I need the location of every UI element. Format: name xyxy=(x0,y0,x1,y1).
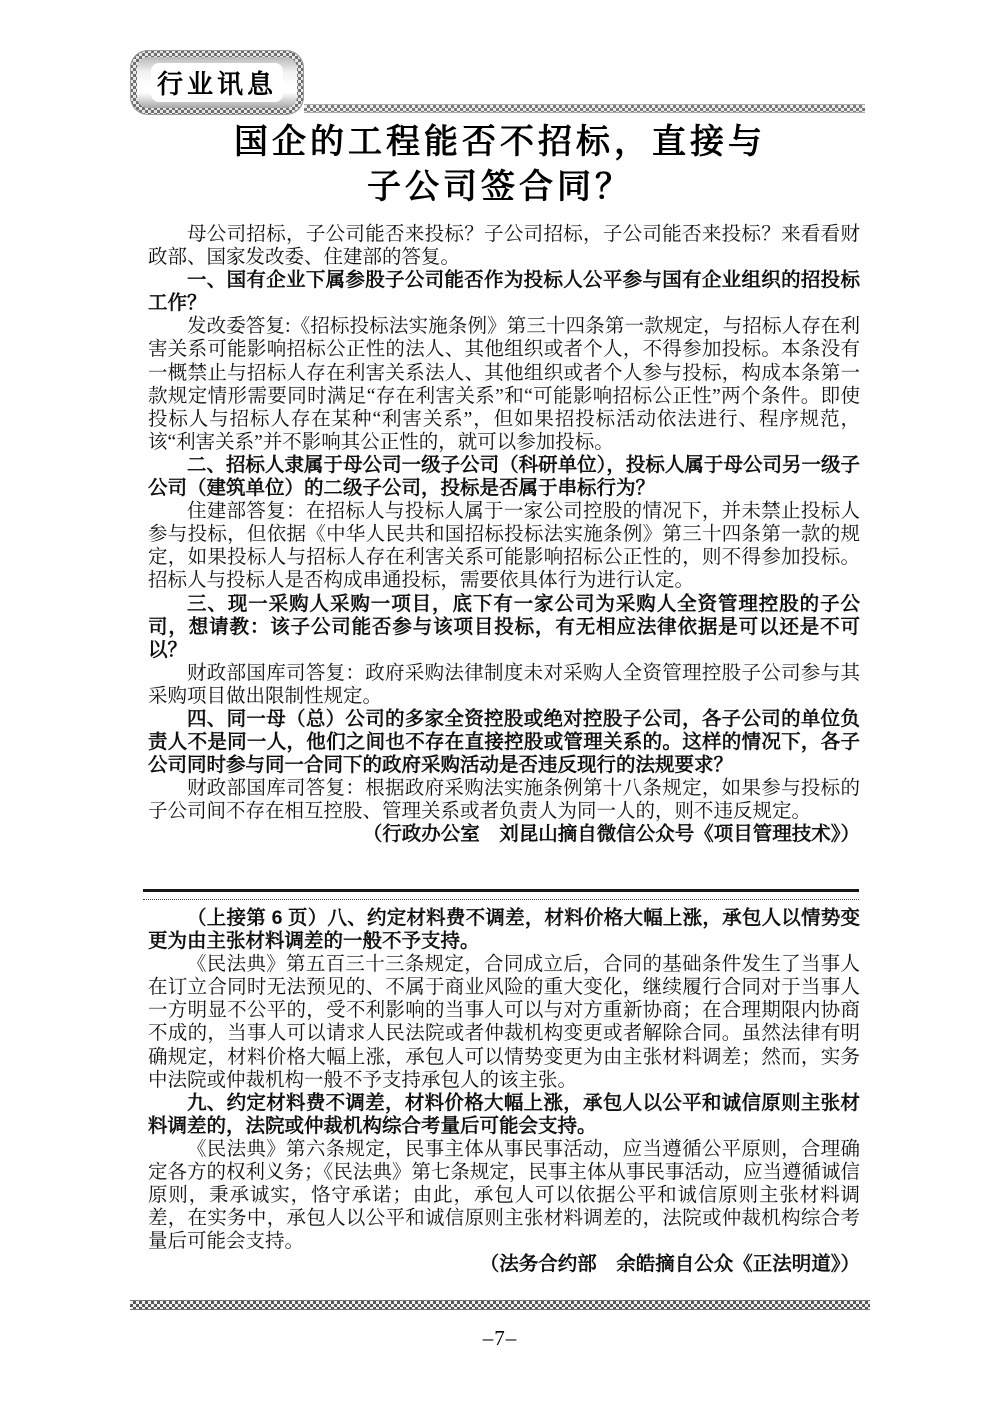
article1-paragraph-1: 母公司招标，子公司能否来投标？子公司招标，子公司能否来投标？来看看财政部、国家发… xyxy=(148,223,860,269)
footer-rule xyxy=(130,1300,870,1310)
article2-paragraph-1: （上接第 6 页）八、约定材料费不调差，材料价格大幅上涨，承包人以情势变更为由主… xyxy=(148,907,860,953)
article1-paragraph-4: 二、招标人隶属于母公司一级子公司（科研单位），投标人属于母公司另一级子公司（建筑… xyxy=(148,454,860,500)
article1-paragraph-8: 四、同一母（总）公司的多家全资控股或绝对控股子公司，各子公司的单位负责人不是同一… xyxy=(148,708,860,777)
article1-paragraph-2: 一、国有企业下属参股子公司能否作为投标人公平参与国有企业组织的招投标工作？ xyxy=(148,269,860,315)
document-page: 行业讯息 国企的工程能否不招标，直接与 子公司签合同？ 母公司招标，子公司能否来… xyxy=(0,0,1000,1414)
article1-paragraph-5: 住建部答复：在招标人与投标人属于一家公司控股的情况下，并未禁止投标人参与投标，但… xyxy=(148,500,860,592)
article2-body: （上接第 6 页）八、约定材料费不调差，材料价格大幅上涨，承包人以情势变更为由主… xyxy=(148,907,860,1277)
article1-paragraph-9: 财政部国库司答复：根据政府采购法实施条例第十八条规定，如果参与投标的子公司间不存… xyxy=(148,777,860,823)
article1-body: 母公司招标，子公司能否来投标？子公司招标，子公司能否来投标？来看看财政部、国家发… xyxy=(148,223,860,847)
article2-paragraph-2: 《民法典》第五百三十三条规定，合同成立后，合同的基础条件发生了当事人在订立合同时… xyxy=(148,953,860,1092)
section-badge-inner: 行业讯息 xyxy=(137,57,297,108)
article2-attribution: （法务合约部 余皓摘自公众《正法明道》） xyxy=(148,1253,860,1276)
article2-paragraph-3: 九、约定材料费不调差，材料价格大幅上涨，承包人以公平和诚信原则主张材料调差的，法… xyxy=(148,1092,860,1138)
article2-paragraph-4: 《民法典》第六条规定，民事主体从事民事活动，应当遵循公平原则，合理确定各方的权利… xyxy=(148,1138,860,1253)
page-number: –7– xyxy=(0,1326,1000,1351)
article-title: 国企的工程能否不招标，直接与 子公司签合同？ xyxy=(0,120,1000,210)
section-badge-label: 行业讯息 xyxy=(151,63,283,102)
article-title-line-2: 子公司签合同？ xyxy=(0,165,1000,210)
article1-paragraph-3: 发改委答复:《招标投标法实施条例》第三十四条第一款规定，与招标人存在利害关系可能… xyxy=(148,315,860,454)
article1-paragraph-6: 三、现一采购人采购一项目，底下有一家公司为采购人全资管理控股的子公司，想请教：该… xyxy=(148,593,860,662)
article-divider xyxy=(143,889,859,900)
section-header: 行业讯息 xyxy=(130,50,865,115)
article1-paragraph-7: 财政部国库司答复：政府采购法律制度未对采购人全资管理控股子公司参与其采购项目做出… xyxy=(148,662,860,708)
article-title-line-1: 国企的工程能否不招标，直接与 xyxy=(0,120,1000,165)
section-badge: 行业讯息 xyxy=(130,50,304,115)
header-rule xyxy=(304,104,865,113)
article1-attribution: （行政办公室 刘昆山摘自微信公众号《项目管理技术》） xyxy=(148,823,860,846)
